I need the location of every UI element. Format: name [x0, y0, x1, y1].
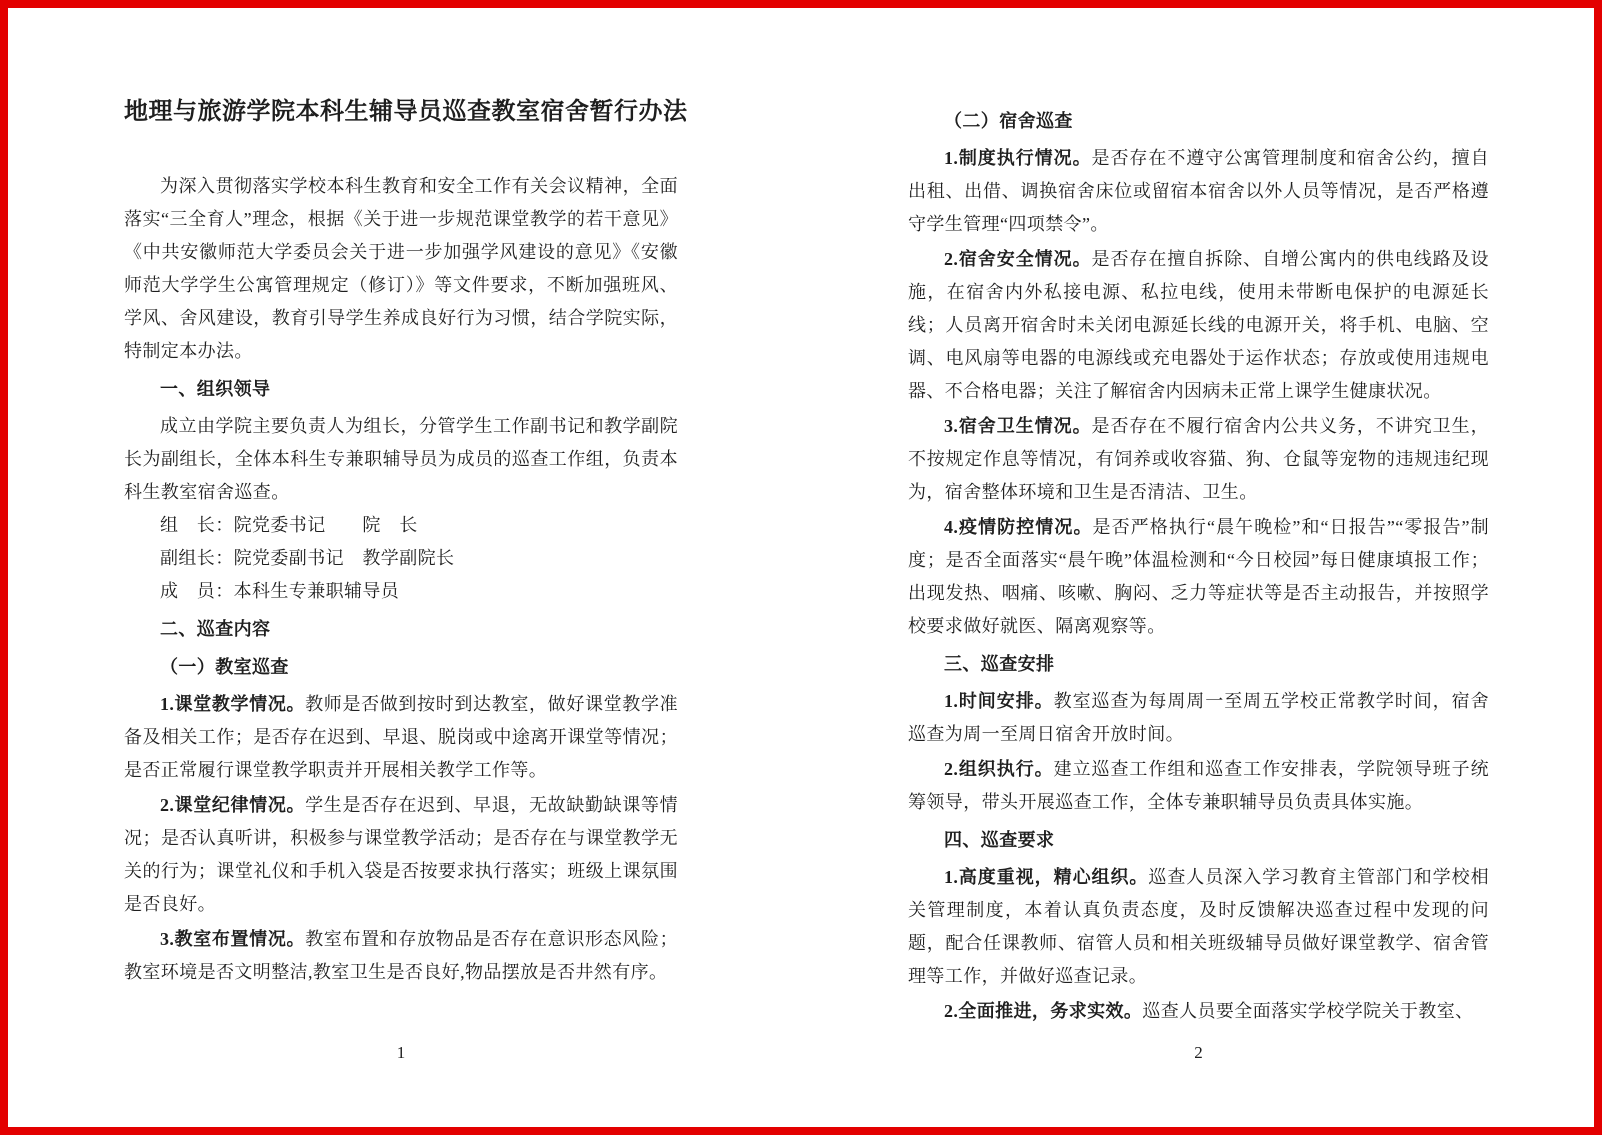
- item-lead: 2.组织执行。: [944, 759, 1054, 779]
- numbered-item: 4.疫情防控情况。是否严格执行“晨午晚检”和“日报告”“零报告”制度；是否全面落…: [908, 511, 1489, 643]
- section-heading: 二、巡查内容: [124, 613, 678, 646]
- page-1-body: 为深入贯彻落实学校本科生教育和安全工作有关会议精神，全面落实“三全育人”理念，根…: [124, 170, 678, 989]
- numbered-item: 3.教室布置情况。教室布置和存放物品是否存在意识形态风险；教室环境是否文明整洁,…: [124, 923, 678, 989]
- item-lead: 2.课堂纪律情况。: [160, 795, 305, 815]
- page-number: 1: [124, 1042, 678, 1064]
- document-scan: 地理与旅游学院本科生辅导员巡查教室宿舍暂行办法 为深入贯彻落实学校本科生教育和安…: [0, 0, 1602, 1135]
- item-lead: 1.制度执行情况。: [944, 148, 1092, 168]
- page-1: 地理与旅游学院本科生辅导员巡查教室宿舍暂行办法 为深入贯彻落实学校本科生教育和安…: [124, 92, 678, 989]
- item-lead: 1.时间安排。: [944, 691, 1054, 711]
- page-number: 2: [908, 1042, 1489, 1064]
- paragraph: 为深入贯彻落实学校本科生教育和安全工作有关会议精神，全面落实“三全育人”理念，根…: [124, 170, 678, 368]
- numbered-item: 2.组织执行。建立巡查工作组和巡查工作安排表，学院领导班子统筹领导，带头开展巡查…: [908, 753, 1489, 819]
- page-2: （二）宿舍巡查1.制度执行情况。是否存在不遵守公寓管理制度和宿舍公约，擅自出租、…: [908, 100, 1489, 1028]
- item-lead: 2.全面推进，务求实效。: [944, 1001, 1142, 1021]
- leader-line: 组 长：院党委书记 院 长: [124, 509, 678, 542]
- numbered-item: 1.课堂教学情况。教师是否做到按时到达教室，做好课堂教学准备及相关工作；是否存在…: [124, 688, 678, 787]
- numbered-item: 3.宿舍卫生情况。是否存在不履行宿舍内公共义务，不讲究卫生，不按规定作息等情况，…: [908, 410, 1489, 509]
- document-title: 地理与旅游学院本科生辅导员巡查教室宿舍暂行办法: [124, 92, 678, 132]
- numbered-item: 1.时间安排。教室巡查为每周周一至周五学校正常教学时间，宿舍巡查为周一至周日宿舍…: [908, 685, 1489, 751]
- leader-line: 成 员：本科生专兼职辅导员: [124, 575, 678, 608]
- section-heading: （二）宿舍巡查: [908, 105, 1489, 138]
- numbered-item: 1.制度执行情况。是否存在不遵守公寓管理制度和宿舍公约，擅自出租、出借、调换宿舍…: [908, 142, 1489, 241]
- item-lead: 1.课堂教学情况。: [160, 694, 305, 714]
- page-2-body: （二）宿舍巡查1.制度执行情况。是否存在不遵守公寓管理制度和宿舍公约，擅自出租、…: [908, 105, 1489, 1028]
- section-heading: （一）教室巡查: [124, 651, 678, 684]
- section-heading: 三、巡查安排: [908, 648, 1489, 681]
- item-lead: 3.教室布置情况。: [160, 929, 305, 949]
- section-heading: 四、巡查要求: [908, 824, 1489, 857]
- section-heading: 一、组织领导: [124, 373, 678, 406]
- item-text: 巡查人员要全面落实学校学院关于教室、: [1142, 1001, 1473, 1021]
- item-text: 是否存在擅自拆除、自增公寓内的供电线路及设施，在宿舍内外私接电源、私拉电线，使用…: [908, 249, 1489, 401]
- numbered-item: 2.全面推进，务求实效。巡查人员要全面落实学校学院关于教室、: [908, 995, 1489, 1028]
- item-lead: 4.疫情防控情况。: [944, 517, 1093, 537]
- leader-line: 副组长：院党委副书记 教学副院长: [124, 542, 678, 575]
- numbered-item: 1.高度重视，精心组织。巡查人员深入学习教育主管部门和学校相关管理制度，本着认真…: [908, 861, 1489, 993]
- numbered-item: 2.宿舍安全情况。是否存在擅自拆除、自增公寓内的供电线路及设施，在宿舍内外私接电…: [908, 243, 1489, 408]
- paragraph: 成立由学院主要负责人为组长，分管学生工作副书记和教学副院长为副组长，全体本科生专…: [124, 410, 678, 509]
- item-lead: 2.宿舍安全情况。: [944, 249, 1092, 269]
- numbered-item: 2.课堂纪律情况。学生是否存在迟到、早退，无故缺勤缺课等情况；是否认真听讲，积极…: [124, 789, 678, 921]
- item-lead: 3.宿舍卫生情况。: [944, 416, 1092, 436]
- item-lead: 1.高度重视，精心组织。: [944, 867, 1148, 887]
